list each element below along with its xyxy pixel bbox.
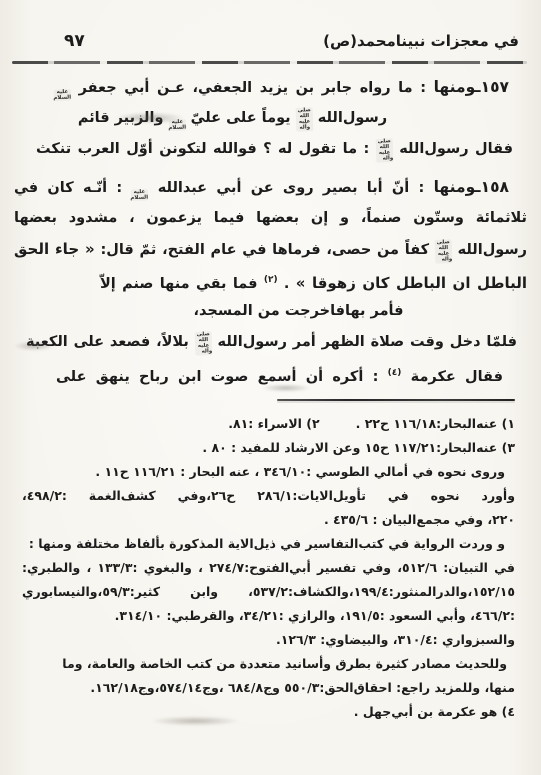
footnote-line: في التبيان: ٥١٢/٦، وفي تفسير أبي‌الفتوح:… <box>22 556 515 580</box>
body-line: ١٥٨ـومنها : أنّ أبا بصير روى عن أبي عبدا… <box>14 172 527 203</box>
text-run: كفاً من حصى، فرماها في عام الفتح، ثمّ قا… <box>95 242 435 258</box>
page-number: ٩٧ <box>64 31 85 51</box>
main-text: ١٥٧ـومنها : ما رواه جابر بن يزيد الجعفي،… <box>14 72 527 389</box>
page-header: في معجزات نبينامحمد(ص) ٩٧ <box>64 31 519 51</box>
footnote-line: منها، وللمزيد راجع: احقاق‌الحق:٥٥٠/٣ وج٦… <box>22 676 515 700</box>
footnote-line: ٢٢٠، وفي مجمع‌البيان : ٤٣٥/٦ . <box>22 508 515 532</box>
footnote-line: ٣) عنه‌البحار:١١٧/٢١ ح١٥ وعن الارشاد للم… <box>22 436 515 460</box>
body-line: فلمّا دخل وقت صلاة الظهر أمر رسول‌الله ص… <box>14 327 527 358</box>
honorific-as-stamp: عليه السلام <box>54 89 71 101</box>
footnotes: ١) عنه‌البحار:١١٦/١٨ ح٢٢ .٢) الاسراء :٨١… <box>22 412 515 724</box>
text-run: : أنّ أبا بصير روى عن أبي عبدالله <box>148 180 433 196</box>
honorific-saw-stamp: صلى الله عليه وآله <box>375 138 393 162</box>
footnote-marker: (٤) <box>388 368 402 378</box>
text-run: فلمّا دخل وقت صلاة الظهر أمر رسول‌الله <box>212 334 517 350</box>
text-run: رسول‌الله <box>452 242 527 258</box>
footnote-line: :٤٦٦/٢، وأبي السعود :١٩١/٥، والرازي :٣٤/… <box>22 604 515 628</box>
footnote-row: ١) عنه‌البحار:١١٦/١٨ ح٢٢ .٢) الاسراء :٨١… <box>22 412 515 436</box>
footnote-line: والسبزواري :٣١٠/٤، والبيضاوي: ١٢٦/٣. <box>22 628 515 652</box>
text-run: فقال عكرمة <box>401 369 503 385</box>
honorific-saw-stamp: صلى الله عليه وآله <box>295 107 313 131</box>
quran-quote: الباطل ان الباطل كان زهوقا » <box>296 274 527 292</box>
section-lead: ١٥٧ـومنها <box>434 78 509 96</box>
text-run: . <box>278 276 296 292</box>
body-line: ١٥٧ـومنها : ما رواه جابر بن يزيد الجعفي،… <box>14 72 527 103</box>
footnote-line: وأورد نحوه في تأويل‌الايات:٢٨٦/١ ح٢٦،وفي… <box>22 484 515 508</box>
section-lead: ١٥٨ـومنها <box>434 178 509 196</box>
footnote-marker: (٢) <box>264 275 278 285</box>
footnote-line: ١٥٢/١٥،والدرالمنثور:١٩٩/٤،والكشاف:٥٣٧/٢،… <box>22 580 515 604</box>
footnote-line: وللحديث مصادر كثيرة بطرق وأسانيد متعددة … <box>22 652 515 676</box>
text-run: يوماً على عليّ <box>186 110 296 126</box>
body-line: رسول‌الله صلى الله عليه وآله يوماً على ع… <box>14 103 527 134</box>
text-run: : ما رواه جابر بن يزيد الجعفي، عـن أبي ج… <box>71 80 434 96</box>
header-rule <box>12 61 527 64</box>
text-run: رسول‌الله <box>313 110 387 126</box>
body-line: فقال رسول‌الله صلى الله عليه وآله : ما ت… <box>14 134 527 165</box>
body-line: فأمر بهافاخرجت من المسجد، فطرحت وكسّرت .… <box>14 296 527 327</box>
text-run: فأمر بهافاخرجت من المسجد، فطرحت وكسّرت . <box>193 303 403 327</box>
book-page: في معجزات نبينامحمد(ص) ٩٧ ١٥٧ـومنها : ما… <box>0 0 541 775</box>
body-line: فقال عكرمة (٤) : أكره أن أسمع صوت ابن رب… <box>14 358 527 389</box>
running-title: في معجزات نبينامحمد(ص) <box>323 32 519 50</box>
body-line: الباطل ان الباطل كان زهوقا » . (٢) فما ب… <box>14 265 527 296</box>
honorific-saw-stamp: صلى الله عليه وآله <box>434 239 452 263</box>
footnote-line: و وردت الرواية في كتب‌التفاسير في ذيل‌ال… <box>22 532 515 556</box>
footnote-separator <box>277 399 515 401</box>
footnote-line: وروى نحوه في أمالي الطوسي :٣٤٦/١٠ ، عنه … <box>22 460 515 484</box>
text-run: فقال رسول‌الله <box>393 141 513 157</box>
text-run: بلالاً، فصعد على الكعبة <box>26 334 195 350</box>
honorific-as-stamp: عليه السلام <box>168 119 185 131</box>
footnote-line: ٤) هو عكرمة بن أبي‌جهل . <box>22 700 515 724</box>
footnote-item: ٢) الاسراء :٨١. <box>228 412 319 436</box>
honorific-saw-stamp: صلى الله عليه وآله <box>194 331 212 355</box>
footnote-item: ١) عنه‌البحار:١١٦/١٨ ح٢٢ . <box>356 412 515 436</box>
honorific-as-stamp: عليه السلام <box>131 189 148 201</box>
text-run: ثلاثمائة وستّون صنماً، و إن بعضها فيما ي… <box>14 210 527 234</box>
body-line: رسول‌الله صلى الله عليه وآله كفاً من حصى… <box>14 234 527 265</box>
body-line: ثلاثمائة وستّون صنماً، و إن بعضها فيما ي… <box>14 203 527 234</box>
